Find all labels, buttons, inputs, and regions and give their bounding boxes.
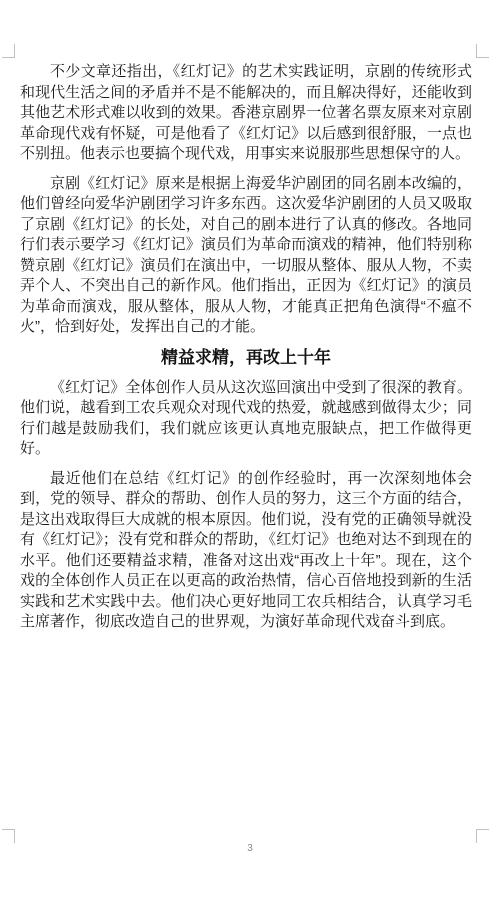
body-paragraph: 最近他们在总结《红灯记》的创作经验时，再一次深刻地体会到，党的领导、群众的帮助、… [20,469,472,633]
page-number: 3 [0,843,500,854]
document-page: 不少文章还指出，《红灯记》的艺术实践证明，京剧的传统形式和现代生活之间的矛盾并不… [0,0,500,904]
body-paragraph: 《红灯记》全体创作人员从这次巡回演出中受到了很深的教育。他们说，越看到工农兵观众… [20,378,472,460]
text-area: 不少文章还指出，《红灯记》的艺术实践证明，京剧的传统形式和现代生活之间的矛盾并不… [20,62,472,642]
text-boundary-mark-top-right [476,44,489,58]
section-heading: 精益求精，再改上十年 [20,347,472,369]
text-boundary-mark-bottom-right [476,829,489,843]
text-boundary-mark-bottom-left [2,829,15,843]
body-paragraph: 不少文章还指出，《红灯记》的艺术实践证明，京剧的传统形式和现代生活之间的矛盾并不… [20,62,472,165]
body-paragraph: 京剧《红灯记》原来是根据上海爱华沪剧团的同名剧本改编的，他们曾经向爱华沪剧团学习… [20,174,472,338]
text-boundary-mark-top-left [2,44,15,58]
